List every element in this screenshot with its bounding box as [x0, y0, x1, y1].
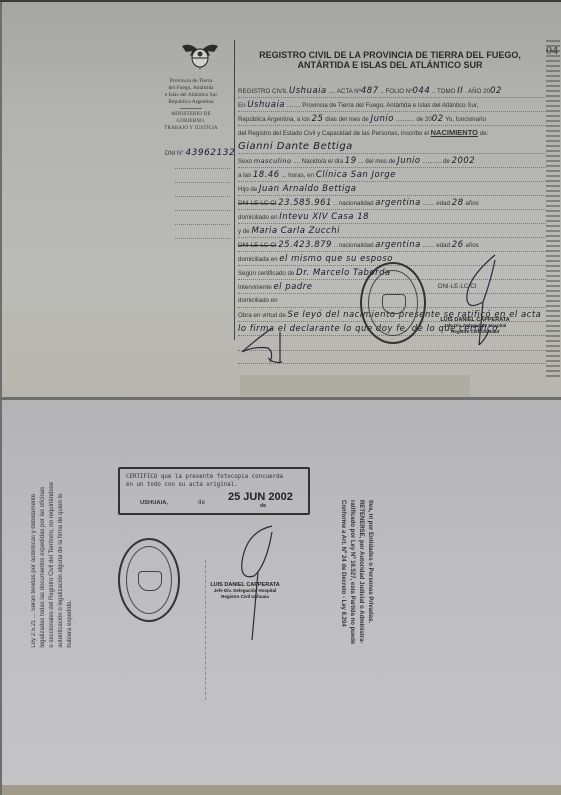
label: edad [436, 242, 450, 249]
nacido-dia-value: 19 [345, 156, 357, 166]
mes-value: Junio [371, 114, 394, 124]
certification-stamp: CERTIFICO que la presente fotocopia conc… [118, 467, 310, 515]
dotted-line [175, 238, 230, 239]
official-office: Registro Civil Ushuaia [205, 594, 285, 600]
stamp-de: de [198, 500, 205, 506]
mother-address-value: el mismo que su esposo [279, 254, 393, 264]
label: Interviniente [238, 284, 272, 291]
title-line-1: REGISTRO CIVIL DE LA PROVINCIA DE TIERRA… [240, 50, 540, 60]
father-name-value: Juan Arnaldo Bettiga [259, 184, 356, 194]
label: Hijo de [238, 186, 257, 193]
dotted-line [175, 210, 230, 211]
father-nationality-value: argentina [375, 198, 421, 208]
page-bottom-edge [2, 785, 561, 795]
label: Según certificado de [238, 270, 294, 277]
registro-value: Ushuaia [289, 86, 327, 96]
acta-value: 487 [361, 86, 379, 96]
label: de 20 [416, 116, 431, 123]
label: FOLIO Nº [386, 88, 413, 95]
dias-value: 25 [312, 114, 324, 124]
fold-line [205, 560, 206, 700]
label: nacionalidad [339, 242, 374, 249]
label: nacionalidad [339, 200, 374, 207]
label: de [443, 158, 450, 165]
legal-line: legalizadas todas las documentos expedid… [39, 482, 48, 648]
label: Nacido/a el día [302, 158, 343, 165]
sexo-value: masculino [254, 157, 292, 165]
mother-dni-value: 25.423.879 [278, 240, 332, 250]
label: años [465, 242, 478, 249]
row-registro: REGISTRO CIVIL Ushuaia .... ACTA Nº487 .… [238, 85, 546, 98]
tomo-value: II [457, 86, 463, 96]
label: TOMO [437, 88, 455, 95]
legal-line: hubiera expedido. [66, 482, 75, 648]
row-republica: República Argentina, a los 25 días del m… [238, 113, 546, 126]
label: Provincia de Tierra del Fuego, Antártida… [302, 102, 478, 109]
row-nombre: Gianni Dante Bettiga [238, 141, 546, 154]
nacimiento-label: NACIMIENTO [431, 128, 478, 137]
ministry-line: TRABAJO Y JUSTICIA [150, 125, 232, 132]
label: domiciliado en [238, 297, 278, 304]
anio-value: 02 [490, 86, 502, 96]
row-padre-domicilio: domiciliado en Intevu XIV Casa 18 [238, 211, 546, 224]
de20-value: 02 [432, 114, 444, 124]
official-seal-back [118, 538, 180, 622]
row-sexo: Sexo masculino .... Nacido/a el día 19 .… [238, 155, 546, 168]
label: horas, en [288, 172, 314, 179]
page-shadow [240, 375, 470, 397]
ministry-line: GOBIERNO, [150, 118, 232, 125]
label: de: [480, 130, 489, 137]
official-stamp-back: LUIS DANIEL CAPPERATA Jefe Div. Delegaci… [205, 582, 285, 600]
label: del mes de [365, 158, 395, 165]
label: años [465, 200, 478, 207]
row-en: En Ushuaia ........ Provincia de Tierra … [238, 99, 546, 112]
legal-line: autenticación o legalización alguna de l… [57, 482, 66, 648]
label: del Registro del Estado Civil y Capacida… [238, 130, 429, 137]
label: Yo, funcionario [445, 116, 486, 123]
legal-line: ratificado por Ley Nº 16.527, esta Parti… [347, 500, 356, 644]
official-seal-front [360, 262, 426, 344]
folio-value: 044 [413, 86, 431, 96]
legal-text-right: tiva, ni por Entidades o Personas Privad… [338, 500, 374, 644]
hora-value: 18.46 [253, 170, 280, 180]
province-line: del Fuego, Antártida [150, 85, 232, 92]
seal-emblem-icon [382, 294, 406, 314]
right-edge-smudge [546, 40, 560, 380]
row-registro-estado: del Registro del Estado Civil y Capacida… [238, 127, 546, 139]
title-line-2: ANTÁRTIDA E ISLAS DEL ATLÁNTICO SUR [240, 60, 540, 70]
dotted-line [175, 168, 230, 169]
sidebar-dni: DNI N° 43962132 [165, 148, 235, 158]
row-padre: Hijo de Juan Arnaldo Bettiga [238, 183, 546, 196]
label: días del mes de [325, 116, 369, 123]
divider [180, 108, 202, 109]
dotted-line [175, 224, 230, 225]
label: edad [436, 200, 450, 207]
column-divider [234, 40, 235, 340]
legal-line: RETENERSE, por Autoridad Judicial o Admi… [356, 500, 365, 644]
row-madre: y de Maria Carla Zucchi [238, 225, 546, 238]
sidebar-dni-value: 43962132 [185, 148, 235, 158]
nacido-mes-value: Junio [397, 156, 420, 166]
legal-line: tiva, ni por Entidades o Personas Privad… [365, 500, 374, 644]
label: DNI-LE-LC-CI [238, 200, 277, 207]
legal-line: Ley 2.5.21 ... Serán tenidas por auténti… [30, 482, 39, 648]
label: Sexo [238, 158, 252, 165]
nacido-anio-value: 2002 [452, 156, 476, 166]
stamp-de: de [260, 503, 266, 509]
stamp-line-1: CERTIFICO que la presente fotocopia conc… [126, 474, 283, 480]
dotted-line [175, 196, 230, 197]
label: a las [238, 172, 251, 179]
row-padre-dni: DNI-LE-LC-CI 23.585.961 .. nacionalidad … [238, 197, 546, 210]
label: domiciliado en [238, 214, 278, 221]
province-line: e Islas del Atlántico Sur [150, 92, 232, 99]
province-line: Provincia de Tierra [150, 78, 232, 85]
ministry-line: MINISTERIO DE [150, 111, 232, 118]
declarant-signature-icon [238, 318, 298, 368]
legal-text-left: Ley 2.5.21 ... Serán tenidas por auténti… [30, 482, 75, 648]
seal-emblem-icon [138, 571, 162, 591]
official-signature-icon [455, 250, 505, 350]
sidebar-dni-label: DNI N° [165, 151, 184, 157]
label: domiciliada en [238, 256, 278, 263]
child-name-value: Gianni Dante Bettiga [238, 141, 353, 152]
province-emblem-icon [180, 42, 220, 74]
issuer-block: Provincia de Tierra del Fuego, Antártida… [150, 78, 232, 132]
dotted-line [175, 182, 230, 183]
row-hora: a las 18.46 ... horas, en Clínica San Jo… [238, 169, 546, 182]
mother-nationality-value: argentina [375, 240, 421, 250]
page-number: 04 [546, 43, 558, 58]
stamp-city: USHUAIA, [140, 500, 168, 506]
document-title: REGISTRO CIVIL DE LA PROVINCIA DE TIERRA… [240, 50, 540, 70]
interviniente-value: el padre [273, 282, 312, 292]
label: República Argentina, a los [238, 116, 310, 123]
label: AÑO 20 [468, 88, 490, 95]
label: DNI-LE-LC-CI [238, 242, 277, 249]
label: y de [238, 228, 250, 235]
official-office: Registro Civil Ushuaia [420, 329, 530, 335]
stamp-date: 25 JUN 2002 [228, 491, 293, 503]
legal-line: o seccionales del Registro Civil del Ter… [48, 482, 57, 648]
label: En [238, 102, 246, 109]
label: ACTA Nº [337, 88, 361, 95]
mother-name-value: Maria Carla Zucchi [251, 226, 340, 236]
label: REGISTRO CIVIL [238, 88, 287, 95]
father-dni-value: 23.585.961 [278, 198, 332, 208]
stamp-line-2: en un todo con su acta original. [126, 482, 238, 488]
legal-line: Conforme a Art. Nº 24 de Decreto - Ley 8… [338, 500, 347, 644]
official-stamp-front: LUIS DANIEL CAPPERATA Jefe Div. Delegaci… [420, 317, 530, 335]
father-age-value: 28 [452, 198, 464, 208]
mother-age-value: 26 [452, 240, 464, 250]
province-line: República Argentina [150, 99, 232, 106]
father-address-value: Intevu XIV Casa 18 [279, 212, 369, 222]
lugar-value: Clínica San Jorge [316, 170, 396, 180]
en-value: Ushuaia [247, 100, 285, 110]
